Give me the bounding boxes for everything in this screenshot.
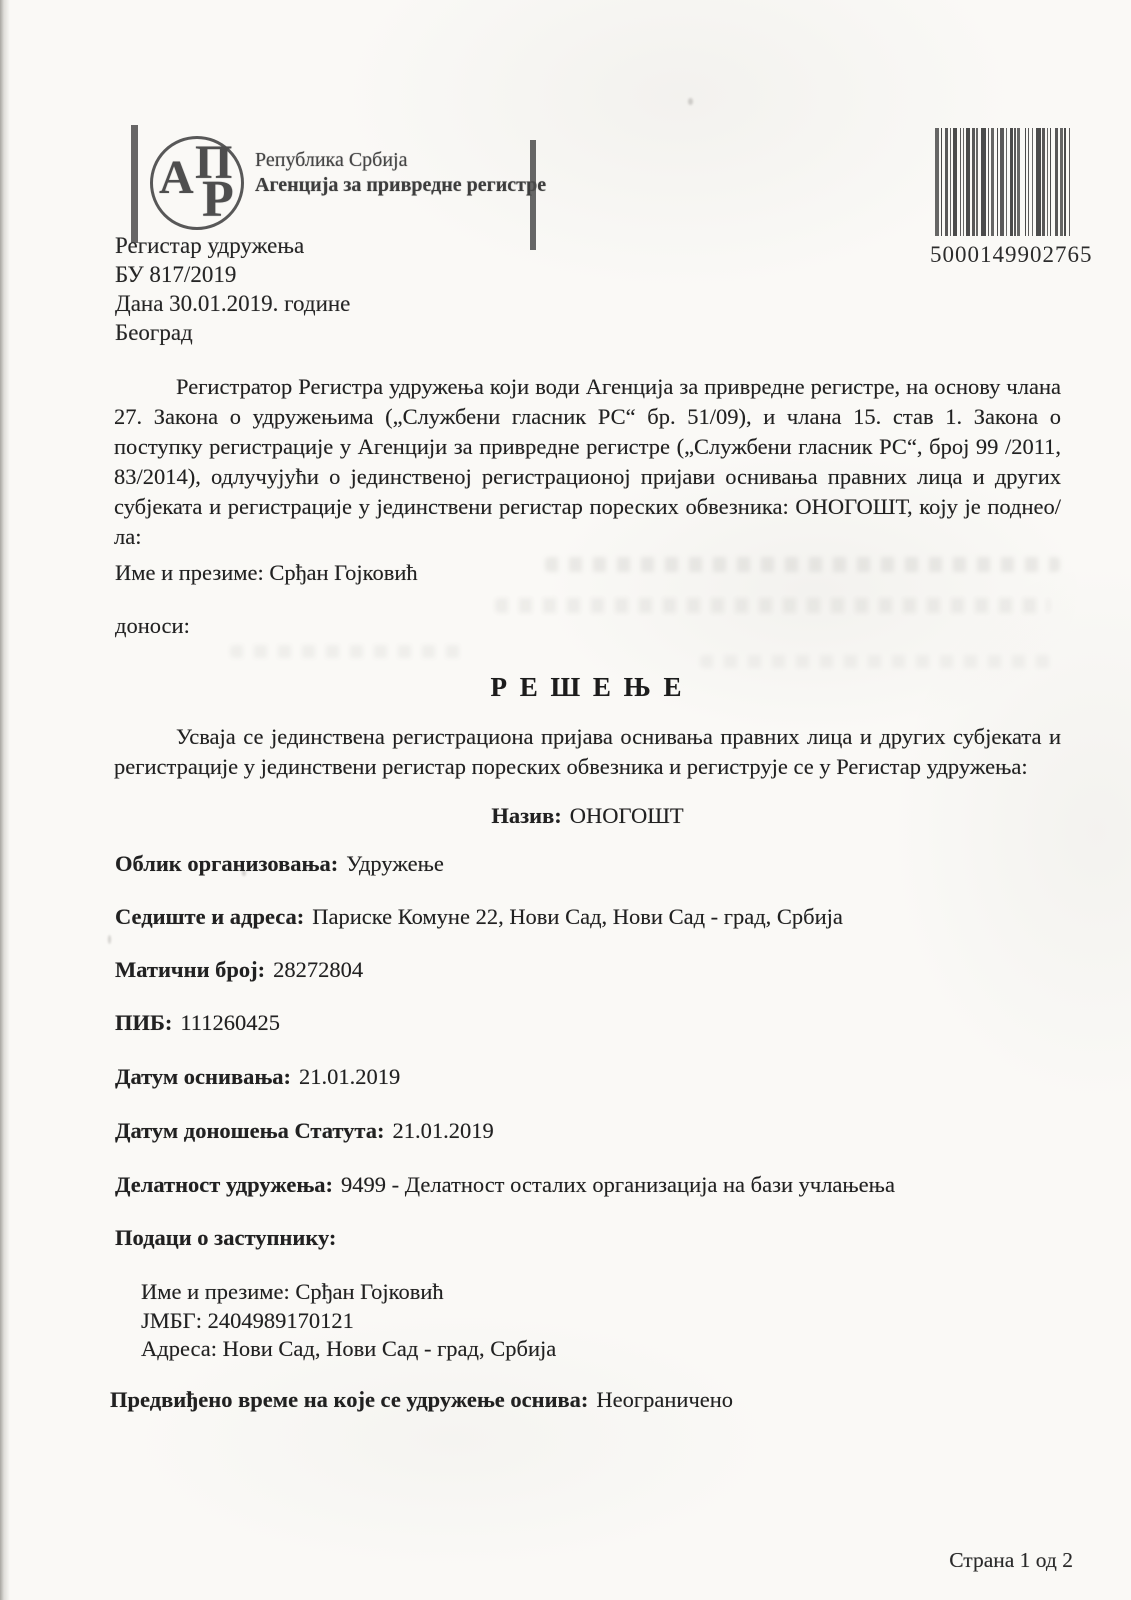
representative-details: Име и презиме: Срђан Гојковић ЈМБГ: 2404… — [141, 1278, 556, 1364]
scan-speck — [108, 935, 111, 944]
apr-logo-icon: А П Р — [150, 132, 246, 230]
bleed-through-artifact — [230, 645, 470, 658]
duration-label: Предвиђено време на које се удружење осн… — [110, 1387, 588, 1412]
field-value: 111260425 — [180, 1010, 280, 1035]
scanned-document-page: А П Р Република Србија Агенција за привр… — [0, 0, 1131, 1600]
registry-info-block: Регистар удружења БУ 817/2019 Дана 30.01… — [115, 231, 350, 347]
field-value: 21.01.2019 — [392, 1118, 493, 1143]
field-value: Париске Комуне 22, Нови Сад, Нови Сад - … — [312, 904, 843, 929]
barcode-bars — [935, 128, 1075, 236]
representative-section-title: Подаци о заступнику: — [115, 1225, 336, 1251]
field-row: Датум оснивања:21.01.2019 — [115, 1064, 400, 1090]
case-number: БУ 817/2019 — [115, 260, 350, 289]
field-value: 9499 - Делатност осталих организација на… — [341, 1172, 895, 1197]
field-row: Датум доношења Статута:21.01.2019 — [115, 1118, 494, 1144]
field-value: 21.01.2019 — [299, 1064, 400, 1089]
field-label: Датум оснивања: — [115, 1064, 291, 1089]
field-label: Седиште и адреса: — [115, 904, 304, 929]
applicant-line: Име и презиме: Срђан Гојковић — [115, 560, 418, 586]
field-row: Матични број:28272804 — [115, 957, 363, 983]
date-line: Дана 30.01.2019. године — [115, 289, 350, 318]
scan-speck — [688, 98, 693, 105]
field-row: Седиште и адреса:Париске Комуне 22, Нови… — [115, 904, 843, 930]
bleed-through-artifact — [545, 557, 1060, 572]
naziv-value: ОНОГОШТ — [570, 803, 684, 828]
intro-paragraph: Регистратор Регистра удружења који води … — [114, 372, 1061, 552]
field-label: Делатност удружења: — [115, 1172, 333, 1197]
duration-value: Неограничено — [596, 1387, 733, 1412]
apr-logo-letter: Р — [202, 170, 234, 229]
field-row: Делатност удружења:9499 - Делатност оста… — [115, 1172, 895, 1198]
representative-address-line: Адреса: Нови Сад, Нови Сад - град, Србиј… — [141, 1335, 556, 1364]
naziv-line: Назив:ОНОГОШТ — [114, 803, 1061, 829]
barcode-number: 5000149902765 — [930, 242, 1080, 268]
naziv-label: Назив: — [491, 803, 561, 828]
field-value: Удружење — [346, 851, 444, 876]
registry-name: Регистар удружења — [115, 231, 350, 260]
bleed-through-artifact — [495, 598, 1050, 613]
bleed-through-artifact — [700, 655, 1050, 668]
page-indicator: Страна 1 од 2 — [949, 1548, 1073, 1573]
header-right-rule — [530, 140, 536, 250]
barcode: 5000149902765 — [930, 128, 1080, 268]
decision-title: Р Е Ш Е Њ Е — [114, 672, 1061, 703]
agency-line: Агенција за привредне регистре — [255, 173, 546, 198]
representative-jmbg-line: ЈМБГ: 2404989170121 — [141, 1307, 556, 1336]
header-left-rule — [131, 125, 138, 243]
apr-logo-letter: А — [159, 150, 194, 205]
field-row: Облик организовања:Удружење — [115, 851, 444, 877]
agency-header: Република Србија Агенција за привредне р… — [255, 148, 546, 198]
decision-paragraph: Усваја се јединствена регистрациона приј… — [114, 722, 1061, 782]
field-label: Облик организовања: — [115, 851, 338, 876]
field-row: ПИБ:111260425 — [115, 1010, 280, 1036]
city: Београд — [115, 318, 350, 347]
field-label: Датум доношења Статута: — [115, 1118, 384, 1143]
field-label: Матични број: — [115, 957, 265, 982]
field-value: 28272804 — [273, 957, 363, 982]
duration-line: Предвиђено време на које се удружење осн… — [110, 1387, 733, 1413]
republic-line: Република Србија — [255, 148, 546, 173]
representative-name-line: Име и презиме: Срђан Гојковић — [141, 1278, 556, 1307]
donosi-line: доноси: — [115, 613, 190, 639]
field-label: ПИБ: — [115, 1010, 172, 1035]
